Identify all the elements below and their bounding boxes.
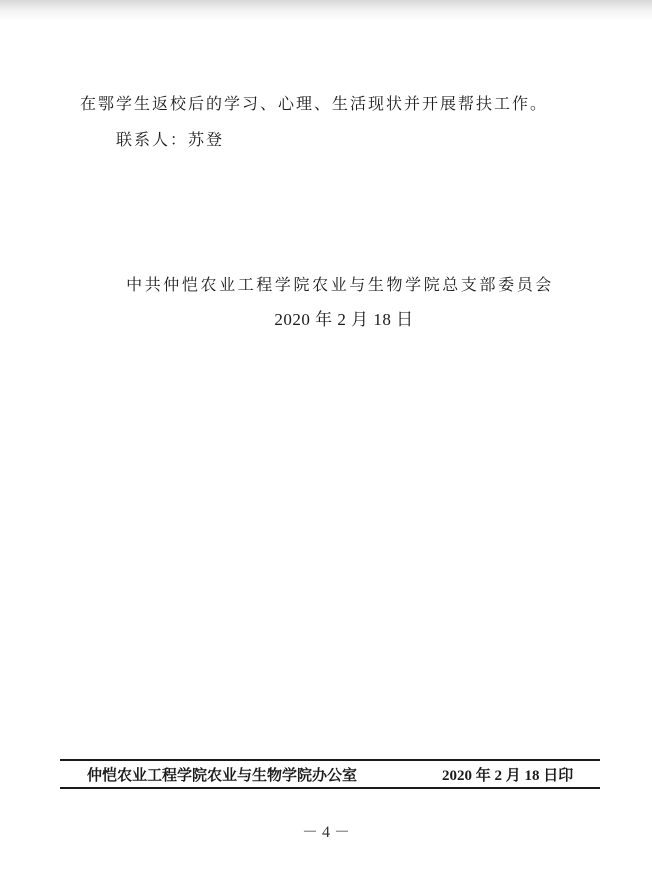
- viewer-top-shadow: [0, 0, 652, 22]
- contact-line: 联系人：苏登: [116, 127, 224, 150]
- signature-date: 2020 年 2 月 18 日: [0, 305, 652, 330]
- footer-bottom-rule: [60, 787, 600, 789]
- page-number: － 4 －: [0, 819, 652, 842]
- footer-print-date: 2020 年 2 月 18 日印: [442, 764, 573, 785]
- signature-organization: 中共仲恺农业工程学院农业与生物学院总支部委员会: [0, 272, 652, 295]
- footer-top-rule: [60, 759, 600, 761]
- paragraph-tail: 在鄂学生返校后的学习、心理、生活现状并开展帮扶工作。: [80, 91, 548, 114]
- footer-issuer: 仲恺农业工程学院农业与生物学院办公室: [87, 764, 357, 785]
